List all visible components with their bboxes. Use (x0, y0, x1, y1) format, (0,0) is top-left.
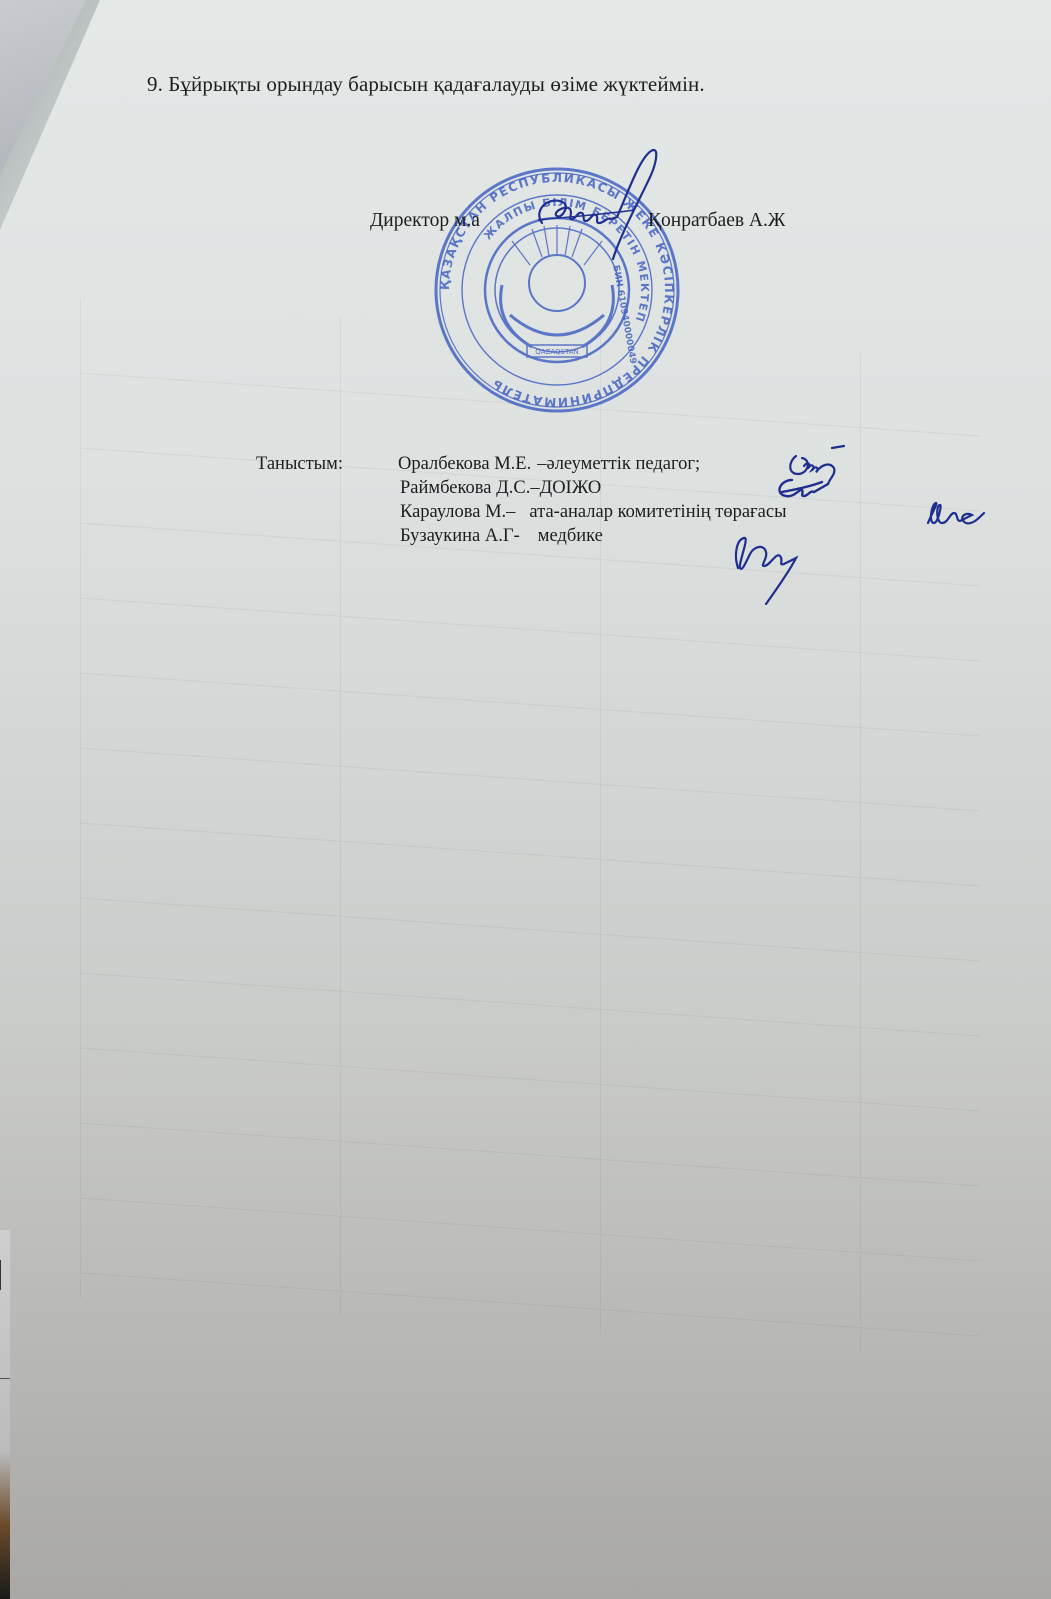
person-name: Караулова М. (400, 500, 506, 524)
stamp-center-text: QAZAQSTAN (535, 348, 578, 356)
document-photo: 9. Бұйрықты орындау барысын қадағалауды … (0, 0, 1051, 1599)
person-name: Оралбекова М.Е. (398, 452, 531, 476)
person-position: ДОІЖО (540, 476, 602, 500)
acknowledgement-row: Оралбекова М.Е. – әлеуметтік педагог; (398, 452, 700, 476)
dash: – (530, 476, 539, 500)
acknowledged-label: Таныстым: (256, 452, 343, 476)
document-page: 9. Бұйрықты орындау барысын қадағалауды … (0, 0, 1051, 1599)
person-name: Бузаукина А.Г (400, 524, 514, 548)
signatory-name: Қонратбаев А.Ж (648, 210, 785, 232)
person-name: Раймбекова Д.С. (400, 476, 530, 500)
dash: - (514, 524, 520, 548)
acknowledgement-row: Раймбекова Д.С. – ДОІЖО (400, 476, 601, 500)
dash: – (506, 500, 515, 524)
dash: – (537, 452, 546, 476)
signatory-role: Директор м.а (370, 210, 480, 232)
acknowledgement-row: Бузаукина А.Г - медбике (400, 524, 603, 548)
signature-karaulova-icon (922, 495, 992, 535)
paragraph-9: 9. Бұйрықты орындау барысын қадағалауды … (147, 72, 705, 97)
signature-raimbekova-icon (770, 470, 850, 510)
director-signature-icon (512, 148, 662, 268)
signature-buzaukina-icon (716, 520, 836, 605)
person-position: әлеуметтік педагог; (546, 452, 700, 476)
person-position: медбике (538, 524, 603, 548)
